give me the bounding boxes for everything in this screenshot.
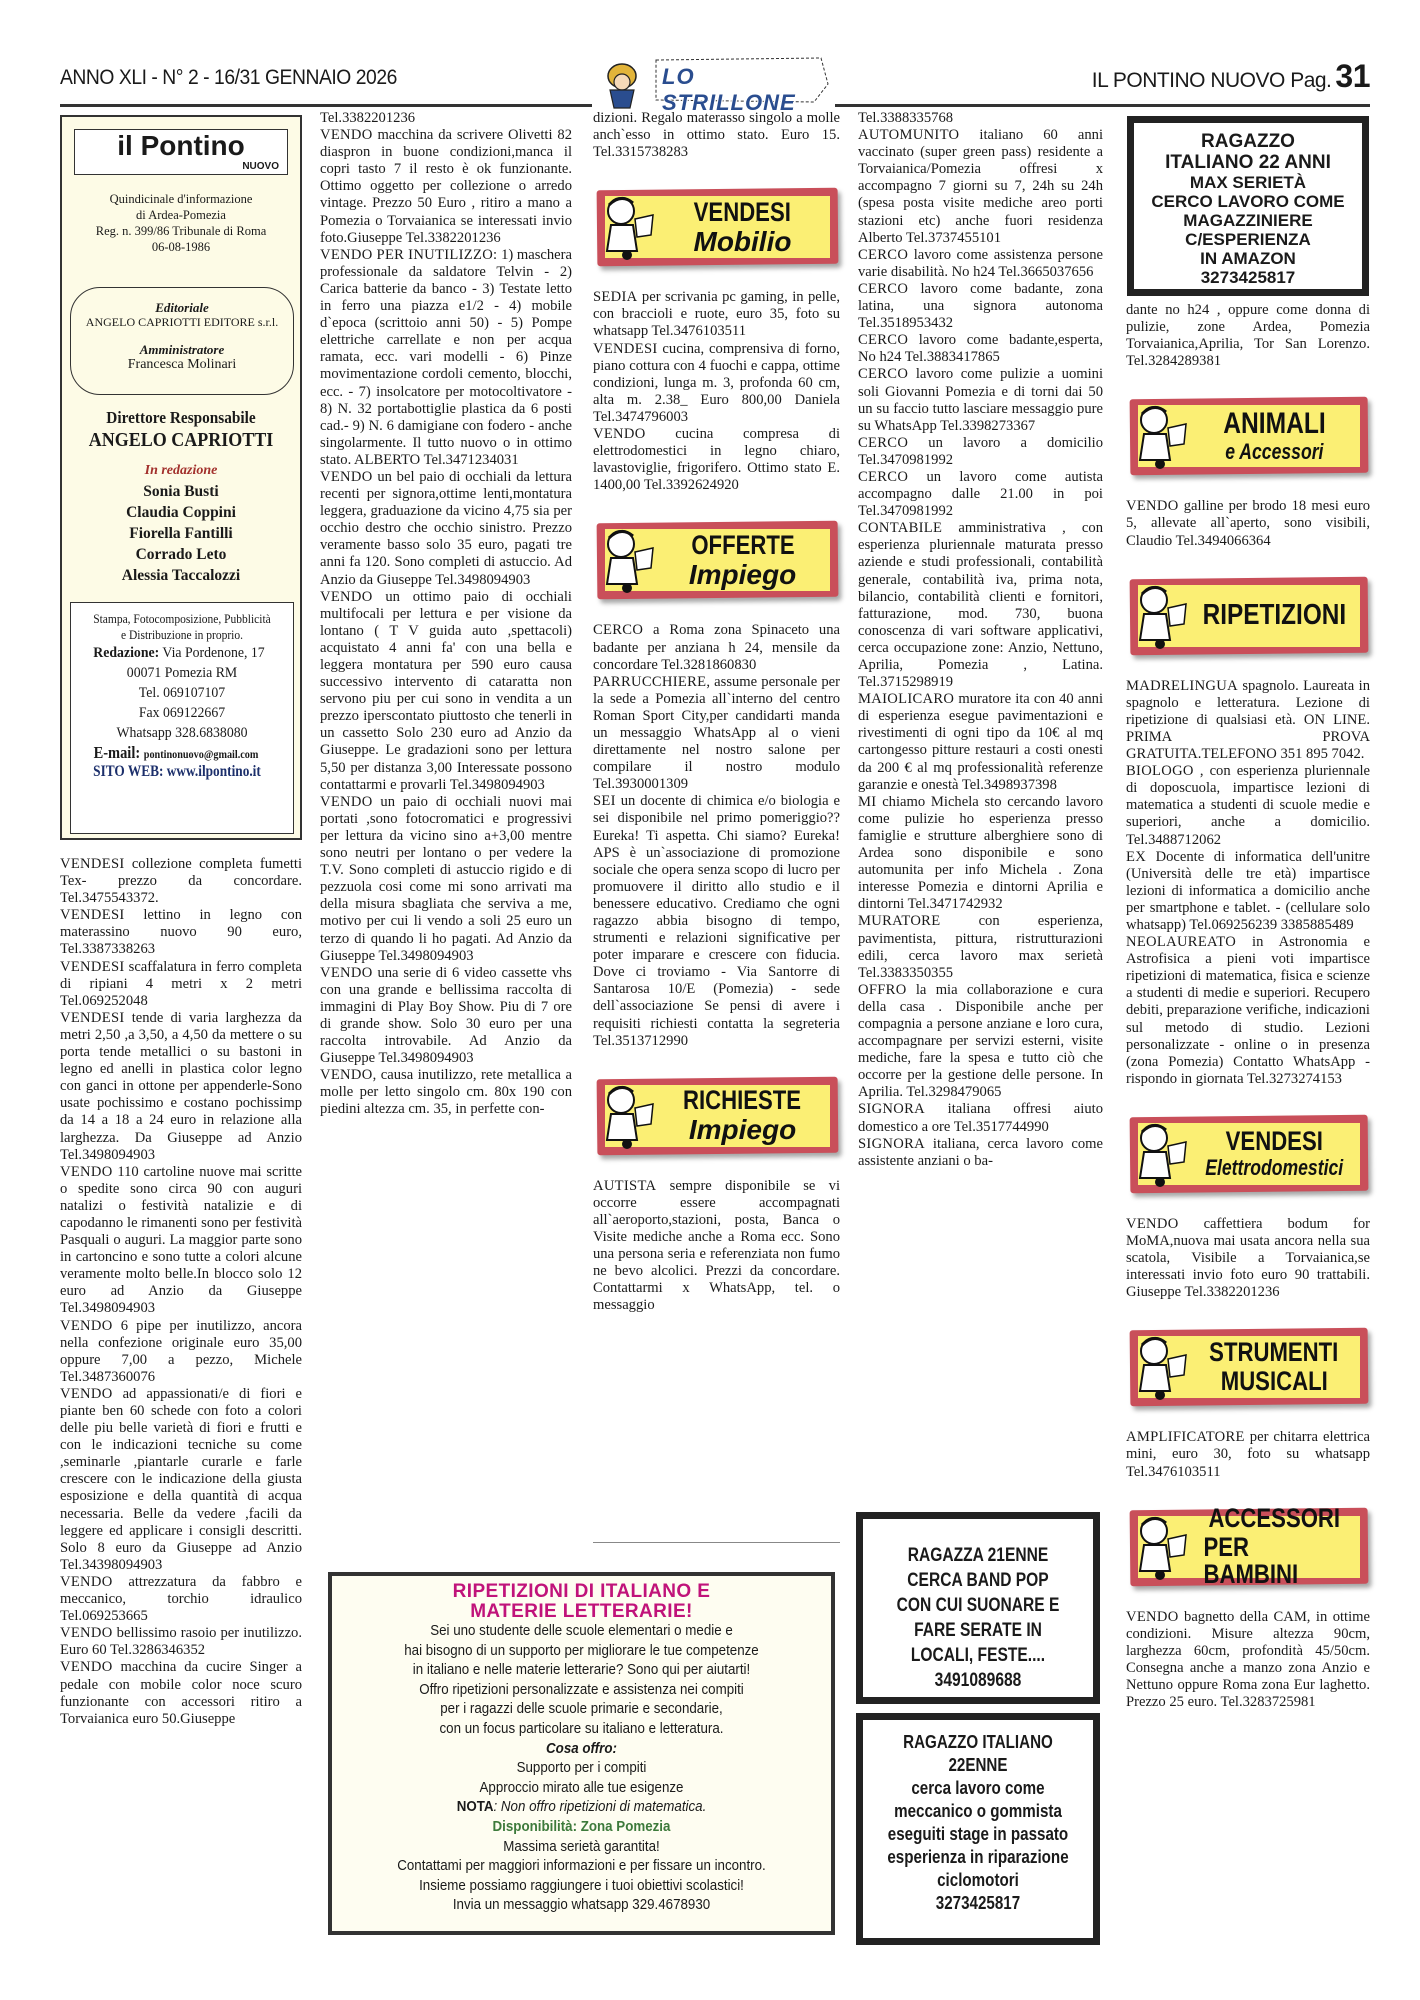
ad-keyword: CERCO bbox=[858, 332, 908, 348]
header-rule-right bbox=[835, 104, 1370, 107]
info-line: Reg. n. 399/86 Tribunale di Roma bbox=[62, 223, 300, 239]
banner-line: Impiego bbox=[689, 1116, 796, 1144]
ad-keyword: VENDO bbox=[60, 1318, 113, 1334]
boxed-ad-line: CERCA BAND POP bbox=[884, 1568, 1073, 1593]
staff-name: Corrado Leto bbox=[62, 544, 300, 565]
boxed-ad-line: ciclomotori bbox=[884, 1868, 1073, 1891]
boxed-ad-line: ITALIANO 22 ANNI bbox=[1134, 152, 1362, 173]
page-label: IL PONTINO NUOVO Pag.31 bbox=[1092, 58, 1370, 95]
ad-keyword: AUTISTA bbox=[593, 1178, 656, 1194]
boxed-ad-phone: 3491089688 bbox=[884, 1668, 1073, 1693]
address-line: 00071 Pomezia RM bbox=[80, 663, 284, 683]
ad-text: amministrativa , con esperienza plurienn… bbox=[858, 520, 1103, 690]
boxed-ad-line: C/ESPERIENZA bbox=[1134, 230, 1362, 249]
newsboy-mascot-icon bbox=[593, 1080, 657, 1152]
ad-keyword: SEI bbox=[593, 793, 616, 809]
boxed-ad-line: MAX SERIETÀ bbox=[1134, 173, 1362, 192]
info-line: 06-08-1986 bbox=[62, 239, 300, 255]
column-1-ads: VENDESI collezione completa fumetti Tex-… bbox=[60, 856, 302, 1728]
email-label: E-mail: bbox=[94, 743, 141, 762]
section-banner-accessori-bambini: ACCESSORI PER BAMBINI bbox=[1126, 1503, 1370, 1591]
classified-ad: AUTISTA sempre disponibile se vi occorre… bbox=[593, 1178, 840, 1315]
staff-name: Alessia Taccalozzi bbox=[62, 565, 300, 586]
boxed-ad-line: MAGAZZINIERE bbox=[1134, 211, 1362, 230]
ad-text: sempre disponibile se vi occorre essere … bbox=[593, 1178, 840, 1314]
staff-name: Fiorella Fantilli bbox=[62, 523, 300, 544]
newsboy-mascot-icon bbox=[593, 524, 657, 596]
ad-keyword: CERCO bbox=[858, 469, 908, 485]
ad-text: Tel.3382201236 bbox=[320, 110, 415, 126]
ad-keyword: VENDESI bbox=[60, 1010, 125, 1026]
ad-keyword: CERCO bbox=[858, 247, 908, 263]
classified-ad: VENDO bagnetto della CAM, in ottime cond… bbox=[1126, 1609, 1370, 1712]
lo-strillone-logo: LO STRILLONE bbox=[596, 54, 834, 110]
staff-list: Sonia Busti Claudia Coppini Fiorella Fan… bbox=[62, 481, 300, 586]
ad-keyword: VENDO bbox=[60, 1625, 113, 1641]
website-link[interactable]: SITO WEB: www.ilpontino.it bbox=[77, 763, 277, 781]
ad-text: 1) maschera professionale da saldatore T… bbox=[320, 247, 572, 468]
classified-ad: VENDO galline per brodo 18 mesi euro 5, … bbox=[1126, 498, 1370, 549]
ad-keyword: AUTOMUNITO bbox=[858, 127, 959, 143]
services-line: e Distribuzione in proprio. bbox=[80, 627, 284, 643]
classified-ad: CONTABILE amministrativa , con esperienz… bbox=[858, 520, 1103, 691]
ad-keyword: VENDO bbox=[320, 794, 373, 810]
classified-ad: VENDESI cucina, comprensiva di forno, pi… bbox=[593, 341, 840, 426]
classified-ad: CERCO un lavoro a domicilio Tel.34709819… bbox=[858, 435, 1103, 469]
ad-keyword: VENDO bbox=[60, 1386, 113, 1402]
boxed-ad-line: in italiano e nelle materie letterarie? … bbox=[352, 1661, 811, 1681]
amministratore-name: Francesca Molinari bbox=[71, 357, 293, 372]
classified-ad: MURATORE con esperienza, pavimentista, p… bbox=[858, 913, 1103, 981]
ad-keyword: VENDO bbox=[320, 965, 373, 981]
classified-ad: SIGNORA italiana, cerca lavoro come assi… bbox=[858, 1136, 1103, 1170]
newsboy-mascot-icon bbox=[1126, 1331, 1190, 1403]
boxed-ad-line: CERCO LAVORO COME bbox=[1134, 192, 1362, 211]
ad-keyword: CERCO bbox=[858, 281, 908, 297]
contact-box: Stampa, Fotocomposizione, Pubblicità e D… bbox=[70, 602, 294, 834]
ad-text: un docente di chimica e/o biologia e sei… bbox=[593, 793, 840, 1048]
boxed-ad-availability: Disponibilità: Zona Pomezia bbox=[352, 1818, 811, 1838]
boxed-ad-line: IN AMAZON bbox=[1134, 249, 1362, 268]
issue-info: ANNO XLI - N° 2 - 16/31 GENNAIO 2026 bbox=[60, 66, 397, 90]
classified-ad: MI chiamo Michela sto cercando lavoro co… bbox=[858, 794, 1103, 914]
classified-ad: EX Docente di informatica dell'unitre (U… bbox=[1126, 849, 1370, 934]
boxed-ad-line: RAGAZZA 21ENNE bbox=[884, 1543, 1073, 1568]
services-line: Stampa, Fotocomposizione, Pubblicità bbox=[80, 611, 284, 627]
ad-keyword: VENDESI bbox=[593, 341, 658, 357]
classified-ad: VENDESI collezione completa fumetti Tex-… bbox=[60, 856, 302, 907]
boxed-ad-line: RAGAZZO ITALIANO bbox=[884, 1730, 1073, 1753]
boxed-ad-line: Invia un messaggio whatsapp 329.4678930 bbox=[352, 1896, 811, 1916]
banner-title: VENDESI Elettrodomestici bbox=[1188, 1110, 1360, 1198]
header-rule-left bbox=[60, 104, 592, 107]
section-banner-offerte-impiego: OFFERTE Impiego bbox=[593, 516, 840, 604]
boxed-ad-line: Massima serietà garantita! bbox=[352, 1838, 811, 1858]
ad-keyword: MURATORE bbox=[858, 913, 940, 929]
email-link[interactable]: pontinonuovo@gmail.com bbox=[144, 747, 259, 761]
ad-keyword: BIOLOGO bbox=[1126, 763, 1194, 779]
boxed-ad-ragazzo-magazziniere: RAGAZZO ITALIANO 22 ANNI MAX SERIETÀ CER… bbox=[1127, 116, 1369, 296]
section-banner-animali: ANIMALI e Accessori bbox=[1126, 392, 1370, 480]
masthead-title-box: il Pontino NUOVO bbox=[74, 129, 288, 175]
ad-keyword: VENDESI bbox=[60, 959, 125, 975]
classified-ad: VENDO 110 cartoline nuove mai scritte o … bbox=[60, 1164, 302, 1318]
direttore-label: Direttore Responsabile bbox=[74, 407, 288, 429]
amministratore-label: Amministratore bbox=[71, 342, 293, 357]
newsboy-mascot-icon bbox=[1126, 1118, 1190, 1190]
ad-keyword: PARRUCCHIERE bbox=[593, 674, 706, 690]
info-line: di Ardea-Pomezia bbox=[62, 207, 300, 223]
boxed-ad-line: Sei uno studente delle scuole elementari… bbox=[352, 1622, 811, 1642]
classified-ad: PARRUCCHIERE, assume personale per la se… bbox=[593, 674, 840, 794]
classified-ad: NEOLAUREATO in Astronomia e Astrofisica … bbox=[1126, 934, 1370, 1088]
section-banner-vendesi-mobilio: VENDESI Mobilio bbox=[593, 183, 840, 271]
ad-keyword: OFFRO bbox=[858, 982, 907, 998]
banner-line: VENDESI bbox=[694, 199, 791, 226]
ad-text: macchina da scrivere Olivetti 82 diaspro… bbox=[320, 127, 572, 246]
boxed-ad-line: Supporto per i compiti bbox=[352, 1759, 811, 1779]
banner-line: VENDESI bbox=[1225, 1128, 1322, 1155]
column-3-ads: dizioni. Regalo materasso singolo a moll… bbox=[593, 110, 840, 1315]
classified-ad: VENDO un ottimo paio di occhiali multifo… bbox=[320, 589, 572, 794]
banner-line: MUSICALI bbox=[1220, 1368, 1327, 1395]
ad-keyword: SEDIA bbox=[593, 289, 637, 305]
ad-text: , assume personale per la sede a Pomezia… bbox=[593, 674, 840, 793]
column-5-ads: dante no h24 , oppure come donna di puli… bbox=[1126, 302, 1370, 1711]
phone: Tel. 069107107 bbox=[80, 683, 284, 703]
ad-keyword: MI bbox=[858, 794, 876, 810]
banner-line: OFFERTE bbox=[691, 532, 794, 559]
redazione-label: In redazione bbox=[62, 463, 300, 479]
ad-keyword: VENDO bbox=[320, 127, 373, 143]
column-4-ads: Tel.3388335768 AUTOMUNITO italiano 60 an… bbox=[858, 110, 1103, 1170]
boxed-ad-band-pop: RAGAZZA 21ENNE CERCA BAND POP CON CUI SU… bbox=[856, 1512, 1100, 1704]
editoriale-name: ANGELO CAPRIOTTI EDITORE s.r.l. bbox=[71, 315, 293, 330]
newsboy-mascot-icon bbox=[1126, 580, 1190, 652]
banner-title: ANIMALI e Accessori bbox=[1188, 392, 1360, 480]
boxed-ad-line: eseguiti stage in passato bbox=[884, 1822, 1073, 1845]
ad-text: un bel paio di occhiali da lettura recen… bbox=[320, 469, 572, 588]
banner-line: RICHIESTE bbox=[683, 1087, 801, 1114]
banner-title: OFFERTE Impiego bbox=[655, 516, 830, 604]
classified-ad: CERCO a Roma zona Spinaceto una badante … bbox=[593, 622, 840, 673]
redazione-address-label: Redazione: bbox=[93, 645, 159, 661]
classified-ad: VENDESI tende di varia larghezza da metr… bbox=[60, 1010, 302, 1164]
ad-keyword: CONTABILE bbox=[858, 520, 942, 536]
ad-keyword: VENDO bbox=[320, 1067, 373, 1083]
page-number: 31 bbox=[1335, 58, 1370, 94]
ad-keyword: VENDO bbox=[320, 589, 373, 605]
ad-keyword: VENDESI bbox=[60, 856, 125, 872]
ad-text: la mia collaborazione e cura della casa … bbox=[858, 982, 1103, 1101]
whatsapp: Whatsapp 328.6838080 bbox=[80, 723, 284, 743]
classified-ad: VENDO, causa inutilizzo, rete metallica … bbox=[320, 1067, 572, 1118]
boxed-ad-line: Offro ripetizioni personalizzate e assis… bbox=[352, 1681, 811, 1701]
paper-name: IL PONTINO NUOVO Pag. bbox=[1092, 69, 1332, 92]
classified-ad: CERCO lavoro come pulizie a uomini soli … bbox=[858, 366, 1103, 434]
ad-keyword: VENDO bbox=[320, 469, 373, 485]
ad-keyword: VENDO PER INUTILIZZO: bbox=[320, 247, 497, 263]
logo-text: LO STRILLONE bbox=[662, 64, 834, 116]
classified-ad: VENDO ad appassionati/e di fiori e piant… bbox=[60, 1386, 302, 1574]
ad-text: Tel.3388335768 bbox=[858, 110, 953, 126]
classified-ad: BIOLOGO , con esperienza pluriennale di … bbox=[1126, 763, 1370, 848]
info-line: Quindicinale d'informazione bbox=[62, 191, 300, 207]
ad-keyword: VENDO bbox=[1126, 498, 1179, 514]
classified-ad: VENDO macchina da cucire Singer a pedale… bbox=[60, 1659, 302, 1727]
masthead-title: il Pontino bbox=[75, 130, 287, 162]
newsboy-mascot-icon bbox=[1126, 1511, 1190, 1583]
classified-ad: VENDO un paio di occhiali nuovi mai port… bbox=[320, 794, 572, 965]
banner-title: STRUMENTI MUSICALI bbox=[1188, 1323, 1360, 1411]
classified-ad: VENDO una serie di 6 video cassette vhs … bbox=[320, 965, 572, 1068]
ad-keyword: CERCO bbox=[593, 622, 643, 638]
fax: Fax 069122667 bbox=[80, 703, 284, 723]
ad-text: un ottimo paio di occhiali multifocali p… bbox=[320, 589, 572, 793]
column-divider bbox=[593, 1542, 840, 1543]
boxed-ad-ripetizioni-italiano: RIPETIZIONI DI ITALIANO E MATERIE LETTER… bbox=[328, 1572, 835, 1935]
classified-ad: VENDO caffettiera bodum for MoMA,nuova m… bbox=[1126, 1216, 1370, 1301]
classified-ad: CERCO un lavoro come autista accompagno … bbox=[858, 469, 1103, 520]
ad-keyword: VENDO bbox=[60, 1164, 113, 1180]
address-line: Via Pordenone, 17 bbox=[162, 645, 264, 661]
redazione-address: Redazione: Via Pordenone, 17 bbox=[74, 643, 284, 663]
banner-line: Elettrodomestici bbox=[1205, 1157, 1343, 1179]
classified-ad: VENDO PER INUTILIZZO: 1) maschera profes… bbox=[320, 247, 572, 469]
newsboy-mascot-icon bbox=[1126, 400, 1190, 472]
ad-text: tende di varia larghezza da metri 2,50 ,… bbox=[60, 1010, 302, 1163]
column-2-ads: Tel.3382201236 VENDO macchina da scriver… bbox=[320, 110, 572, 1119]
ad-keyword: SIGNORA bbox=[858, 1101, 925, 1117]
ad-keyword: AMPLIFICATORE bbox=[1126, 1429, 1245, 1445]
classified-ad: VENDO macchina da scrivere Olivetti 82 d… bbox=[320, 127, 572, 247]
ad-text: ad appassionati/e di fiori e piante ben … bbox=[60, 1386, 302, 1573]
ad-keyword: VENDO bbox=[1126, 1609, 1179, 1625]
boxed-ad-line: 22ENNE bbox=[884, 1753, 1073, 1776]
classified-ad: VENDO 6 pipe per inutilizzo, ancora nell… bbox=[60, 1318, 302, 1386]
director-block: Direttore Responsabile ANGELO CAPRIOTTI bbox=[74, 407, 288, 451]
editorial-oval: Editoriale ANGELO CAPRIOTTI EDITORE s.r.… bbox=[70, 287, 294, 395]
boxed-ad-meccanico: RAGAZZO ITALIANO 22ENNE cerca lavoro com… bbox=[856, 1713, 1100, 1945]
banner-title: VENDESI Mobilio bbox=[655, 183, 830, 271]
section-banner-richieste-impiego: RICHIESTE Impiego bbox=[593, 1072, 840, 1160]
classified-ad: VENDO cucina compresa di elettrodomestic… bbox=[593, 426, 840, 494]
boxed-ad-line: Insieme possiamo raggiungere i tuoi obie… bbox=[352, 1877, 811, 1897]
classified-ad: VENDO attrezzatura da fabbro e meccanico… bbox=[60, 1574, 302, 1625]
ad-keyword: MADRELINGUA bbox=[1126, 678, 1238, 694]
boxed-ad-note: NOTA: Non offro ripetizioni di matematic… bbox=[352, 1798, 811, 1818]
classified-ad: OFFRO la mia collaborazione e cura della… bbox=[858, 982, 1103, 1102]
boxed-ad-heading: RIPETIZIONI DI ITALIANO E bbox=[332, 1582, 831, 1602]
staff-name: Sonia Busti bbox=[62, 481, 300, 502]
boxed-ad-subheading: Cosa offro: bbox=[352, 1740, 811, 1760]
boxed-ad-line: per i ragazzi delle scuole primarie e se… bbox=[352, 1700, 811, 1720]
masthead-subtitle: NUOVO bbox=[242, 161, 279, 172]
classified-ad: CERCO lavoro come assistenza persone var… bbox=[858, 247, 1103, 281]
classified-ad: VENDESI scaffalatura in ferro completa d… bbox=[60, 959, 302, 1010]
ad-text: chiamo Michela sto cercando lavoro come … bbox=[858, 794, 1103, 913]
email-line: E-mail: pontinonuovo@gmail.com bbox=[77, 743, 276, 763]
masthead-box: il Pontino NUOVO Quindicinale d'informaz… bbox=[60, 115, 302, 840]
ad-keyword: CERCO bbox=[858, 435, 908, 451]
section-banner-ripetizioni: RIPETIZIONI bbox=[1126, 572, 1370, 660]
classified-ad: MAIOLICARO muratore ita con 40 anni di e… bbox=[858, 691, 1103, 794]
classified-ad: SIGNORA italiana offresi aiuto domestico… bbox=[858, 1101, 1103, 1135]
classified-ad: AUTOMUNITO italiano 60 anni vaccinato (s… bbox=[858, 127, 1103, 247]
ad-keyword: VENDO bbox=[60, 1659, 113, 1675]
ad-keyword: VENDO bbox=[593, 426, 646, 442]
ad-text: Docente di informatica dell'unitre (Univ… bbox=[1126, 849, 1370, 933]
section-banner-elettrodomestici: VENDESI Elettrodomestici bbox=[1126, 1110, 1370, 1198]
classified-ad: dante no h24 , oppure come donna di puli… bbox=[1126, 302, 1370, 370]
ad-text: in Astronomia e Astrofisica a pieni voti… bbox=[1126, 934, 1370, 1087]
classified-ad: Tel.3382201236 bbox=[320, 110, 572, 127]
classified-ad: SEDIA per scrivania pc gaming, in pelle,… bbox=[593, 289, 840, 340]
boxed-ad-line: FARE SERATE IN bbox=[884, 1618, 1073, 1643]
boxed-ad-line: esperienza in riparazione bbox=[884, 1845, 1073, 1868]
masthead-info: Quindicinale d'informazione di Ardea-Pom… bbox=[62, 191, 300, 255]
classified-ad: VENDESI lettino in legno con materassino… bbox=[60, 907, 302, 958]
newsboy-mascot-icon bbox=[593, 191, 657, 263]
ad-text: un paio di occhiali nuovi mai portati ,s… bbox=[320, 794, 572, 964]
classified-ad: MADRELINGUA spagnolo. Laureata in spagno… bbox=[1126, 678, 1370, 763]
classified-ad: AMPLIFICATORE per chitarra elettrica min… bbox=[1126, 1429, 1370, 1480]
boxed-ad-heading: MATERIE LETTERARIE! bbox=[332, 1602, 831, 1622]
section-banner-strumenti-musicali: STRUMENTI MUSICALI bbox=[1126, 1323, 1370, 1411]
ad-keyword: VENDO bbox=[60, 1574, 113, 1590]
ad-text: 110 cartoline nuove mai scritte o spedit… bbox=[60, 1164, 302, 1317]
banner-line: ACCESSORI bbox=[1208, 1505, 1340, 1532]
boxed-ad-line: CON CUI SUONARE E bbox=[884, 1593, 1073, 1618]
boxed-ad-line: Contattami per maggiori informazioni e p… bbox=[352, 1857, 811, 1877]
classified-ad: dizioni. Regalo materasso singolo a moll… bbox=[593, 110, 840, 161]
boxed-ad-line: RAGAZZO bbox=[1134, 131, 1362, 152]
ad-keyword: EX bbox=[1126, 849, 1146, 865]
classified-ad: VENDO un bel paio di occhiali da lettura… bbox=[320, 469, 572, 589]
boxed-ad-line: cerca lavoro come bbox=[884, 1776, 1073, 1799]
boxed-ad-line: hai bisogno di un supporto per migliorar… bbox=[352, 1642, 811, 1662]
banner-line: STRUMENTI bbox=[1209, 1339, 1338, 1366]
note-label: NOTA bbox=[457, 1799, 494, 1815]
banner-line: e Accessori bbox=[1225, 441, 1323, 463]
boxed-ad-phone: 3273425817 bbox=[884, 1891, 1073, 1914]
banner-title: RICHIESTE Impiego bbox=[655, 1072, 830, 1160]
banner-line: RIPETIZIONI bbox=[1202, 601, 1345, 630]
staff-name: Claudia Coppini bbox=[62, 502, 300, 523]
ad-keyword: VENDO bbox=[1126, 1216, 1179, 1232]
banner-line: ANIMALI bbox=[1223, 409, 1325, 439]
ad-keyword: NEOLAUREATO bbox=[1126, 934, 1236, 950]
boxed-ad-line: meccanico o gommista bbox=[884, 1799, 1073, 1822]
classified-ad: SEI un docente di chimica e/o biologia e… bbox=[593, 793, 840, 1049]
direttore-name: ANGELO CAPRIOTTI bbox=[74, 429, 288, 451]
page-header: ANNO XLI - N° 2 - 16/31 GENNAIO 2026 LO … bbox=[60, 60, 1370, 110]
editoriale-label: Editoriale bbox=[71, 300, 293, 315]
boxed-ad-phone: 3273425817 bbox=[1134, 268, 1362, 287]
banner-line: PER BAMBINI bbox=[1203, 1534, 1344, 1588]
banner-line: Impiego bbox=[689, 561, 796, 589]
classified-ad: CERCO lavoro come badante, zona latina, … bbox=[858, 281, 1103, 332]
ad-keyword: CERCO bbox=[858, 366, 908, 382]
note-text: : Non offro ripetizioni di matematica. bbox=[494, 1799, 707, 1815]
ad-keyword: MAIOLICARO bbox=[858, 691, 954, 707]
banner-title: ACCESSORI PER BAMBINI bbox=[1188, 1503, 1360, 1591]
classified-ad: CERCO lavoro come badante,esperta, No h2… bbox=[858, 332, 1103, 366]
banner-line: Mobilio bbox=[694, 228, 792, 256]
boxed-ad-line: con un focus particolare su italiano e l… bbox=[352, 1720, 811, 1740]
boxed-ad-line: LOCALI, FESTE.... bbox=[884, 1643, 1073, 1668]
classified-ad: VENDO bellissimo rasoio per inutilizzo. … bbox=[60, 1625, 302, 1659]
ad-text: italiano 60 anni vaccinato (super green … bbox=[858, 127, 1103, 246]
ad-keyword: VENDESI bbox=[60, 907, 125, 923]
banner-title: RIPETIZIONI bbox=[1188, 572, 1360, 660]
boxed-ad-line: Approccio mirato alle tue esigenze bbox=[352, 1779, 811, 1799]
classified-ad: Tel.3388335768 bbox=[858, 110, 1103, 127]
ad-keyword: SIGNORA bbox=[858, 1136, 925, 1152]
